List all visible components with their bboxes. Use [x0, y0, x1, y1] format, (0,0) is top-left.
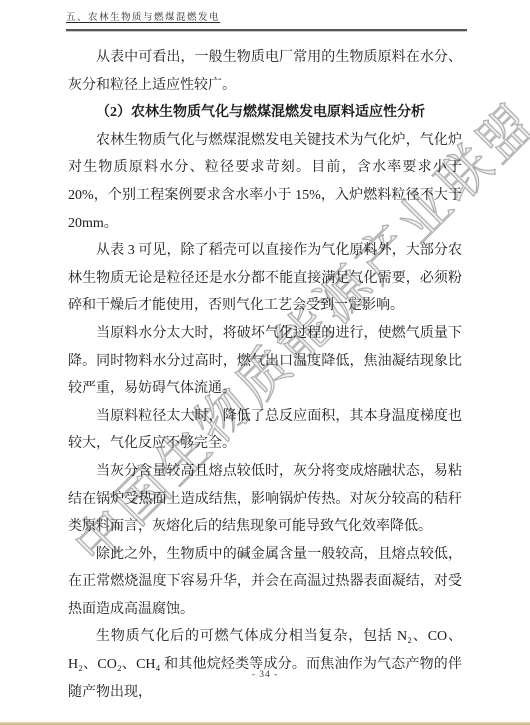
running-header-title: 五、农林生物质与燃煤混燃发电 — [66, 13, 220, 23]
paragraph: 当原料粒径太大时，降低了总反应面积，其本身温度梯度也较大，气化反应不够完全。 — [68, 403, 462, 458]
paragraph: 当灰分含量较高且熔点较低时，灰分将变成熔融状态，易粘结在锅炉受热面上造成结焦，影… — [68, 458, 462, 541]
section-heading: （2）农林生物质气化与燃煤混燃发电原料适应性分析 — [68, 99, 462, 127]
document-page: 五、农林生物质与燃煤混燃发电 中国生物质能源产业联盟 从表中可看出，一般生物质电… — [0, 0, 530, 725]
page-header: 五、农林生物质与燃煤混燃发电 — [66, 7, 467, 31]
page-number: - 34 - — [0, 670, 530, 680]
paragraph: 农林生物质气化与燃煤混燃发电关键技术为气化炉，气化炉对生物质原料水分、粒径要求苛… — [68, 127, 462, 237]
paragraph: 从表 3 可见，除了稻壳可以直接作为气化原料外，大部分农林生物质无论是粒径还是水… — [68, 237, 462, 320]
paragraph: 生物质气化后的可燃气体成分相当复杂，包括 N₂、CO、H₂、CO₂、CH₄ 和其… — [68, 623, 462, 706]
paragraph: 从表中可看出，一般生物质电厂常用的生物质原料在水分、灰分和粒径上适应性较广。 — [68, 44, 462, 99]
document-body: 从表中可看出，一般生物质电厂常用的生物质原料在水分、灰分和粒径上适应性较广。 （… — [68, 44, 462, 706]
paragraph: 除此之外，生物质中的碱金属含量一般较高，且熔点较低，在正常燃烧温度下容易升华，并… — [68, 541, 462, 624]
paragraph: 当原料水分太大时，将破坏气化过程的进行，使燃气质量下降。同时物料水分过高时，燃气… — [68, 320, 462, 403]
